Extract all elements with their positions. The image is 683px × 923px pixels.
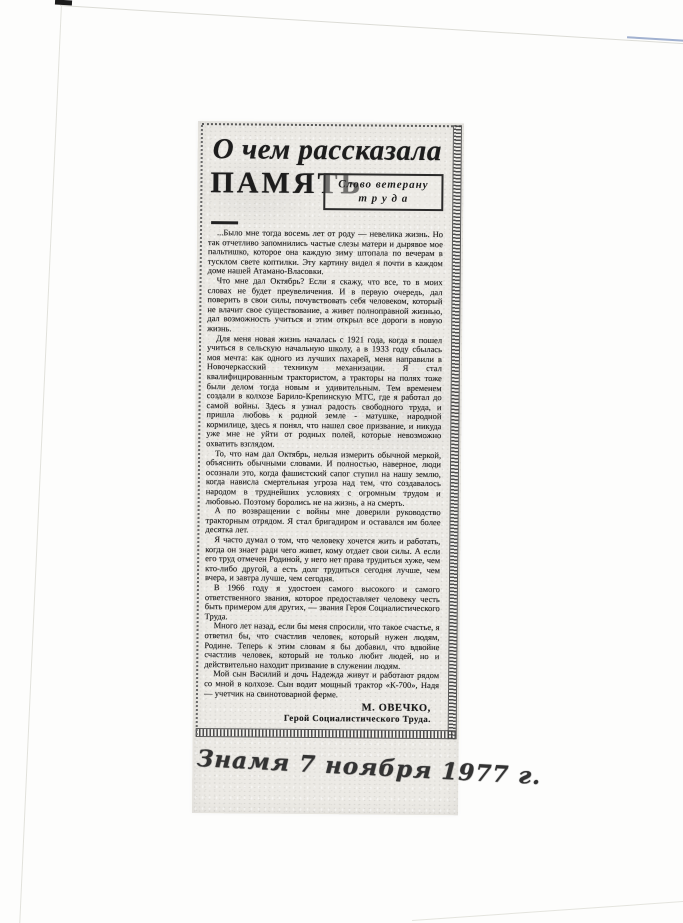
article-headline-line1: О чем рассказала — [209, 127, 444, 168]
clipping-right-ladder-border — [448, 125, 462, 739]
paper-left-edge — [19, 4, 62, 923]
rubric-line2: т р у д а — [327, 191, 439, 206]
clipping-bottom-margin: Знамя 7 ноября 1977 г. — [192, 737, 459, 815]
article-paragraph: ...Было мне тогда восемь лет от роду — н… — [208, 228, 443, 278]
article-paragraph: Мой сын Василий и дочь Надежда живут и р… — [204, 669, 439, 700]
article-paragraph: То, что нам дал Октябрь, нельзя измерить… — [206, 449, 441, 509]
clipping-printed-area: О чем рассказала ПАМЯТЬ Слово ветерану т… — [193, 121, 464, 739]
signature-block: М. ОВЕЧКО, Герой Социалистического Труда… — [204, 701, 439, 724]
paper-bottom-edge — [412, 901, 683, 921]
article-paragraph: В 1966 году я удостоен самого высокого и… — [205, 583, 440, 623]
article-paragraph: Я часто думал о том, что человеку хочетс… — [205, 535, 440, 585]
rubric-box: Слово ветерану т р у д а — [323, 173, 443, 211]
article-paragraph: А по возвращении с войны мне доверили ру… — [205, 506, 440, 537]
article-paragraph: Что мне дал Октябрь? Если я скажу, что в… — [207, 276, 442, 336]
paper-top-edge — [60, 5, 683, 44]
article-paragraph: Для меня новая жизнь началась с 1921 год… — [206, 334, 442, 451]
rubric-line1: Слово ветерану — [327, 177, 439, 192]
newspaper-clipping: О чем рассказала ПАМЯТЬ Слово ветерану т… — [192, 121, 464, 815]
handwritten-date-note: Знамя 7 ноября 1977 г. — [196, 745, 542, 790]
article-masthead: О чем рассказала ПАМЯТЬ Слово ветерану т… — [208, 127, 444, 221]
article-body: ...Было мне тогда восемь лет от роду — н… — [204, 228, 443, 700]
scanner-artifact-dark-mark — [55, 0, 72, 5]
headline-dash-rule — [211, 221, 238, 224]
article-paragraph: Много лет назад, если бы меня спросили, … — [204, 621, 439, 671]
scanned-page: О чем рассказала ПАМЯТЬ Слово ветерану т… — [0, 0, 683, 923]
signature-title: Герой Социалистического Труда. — [204, 712, 431, 724]
